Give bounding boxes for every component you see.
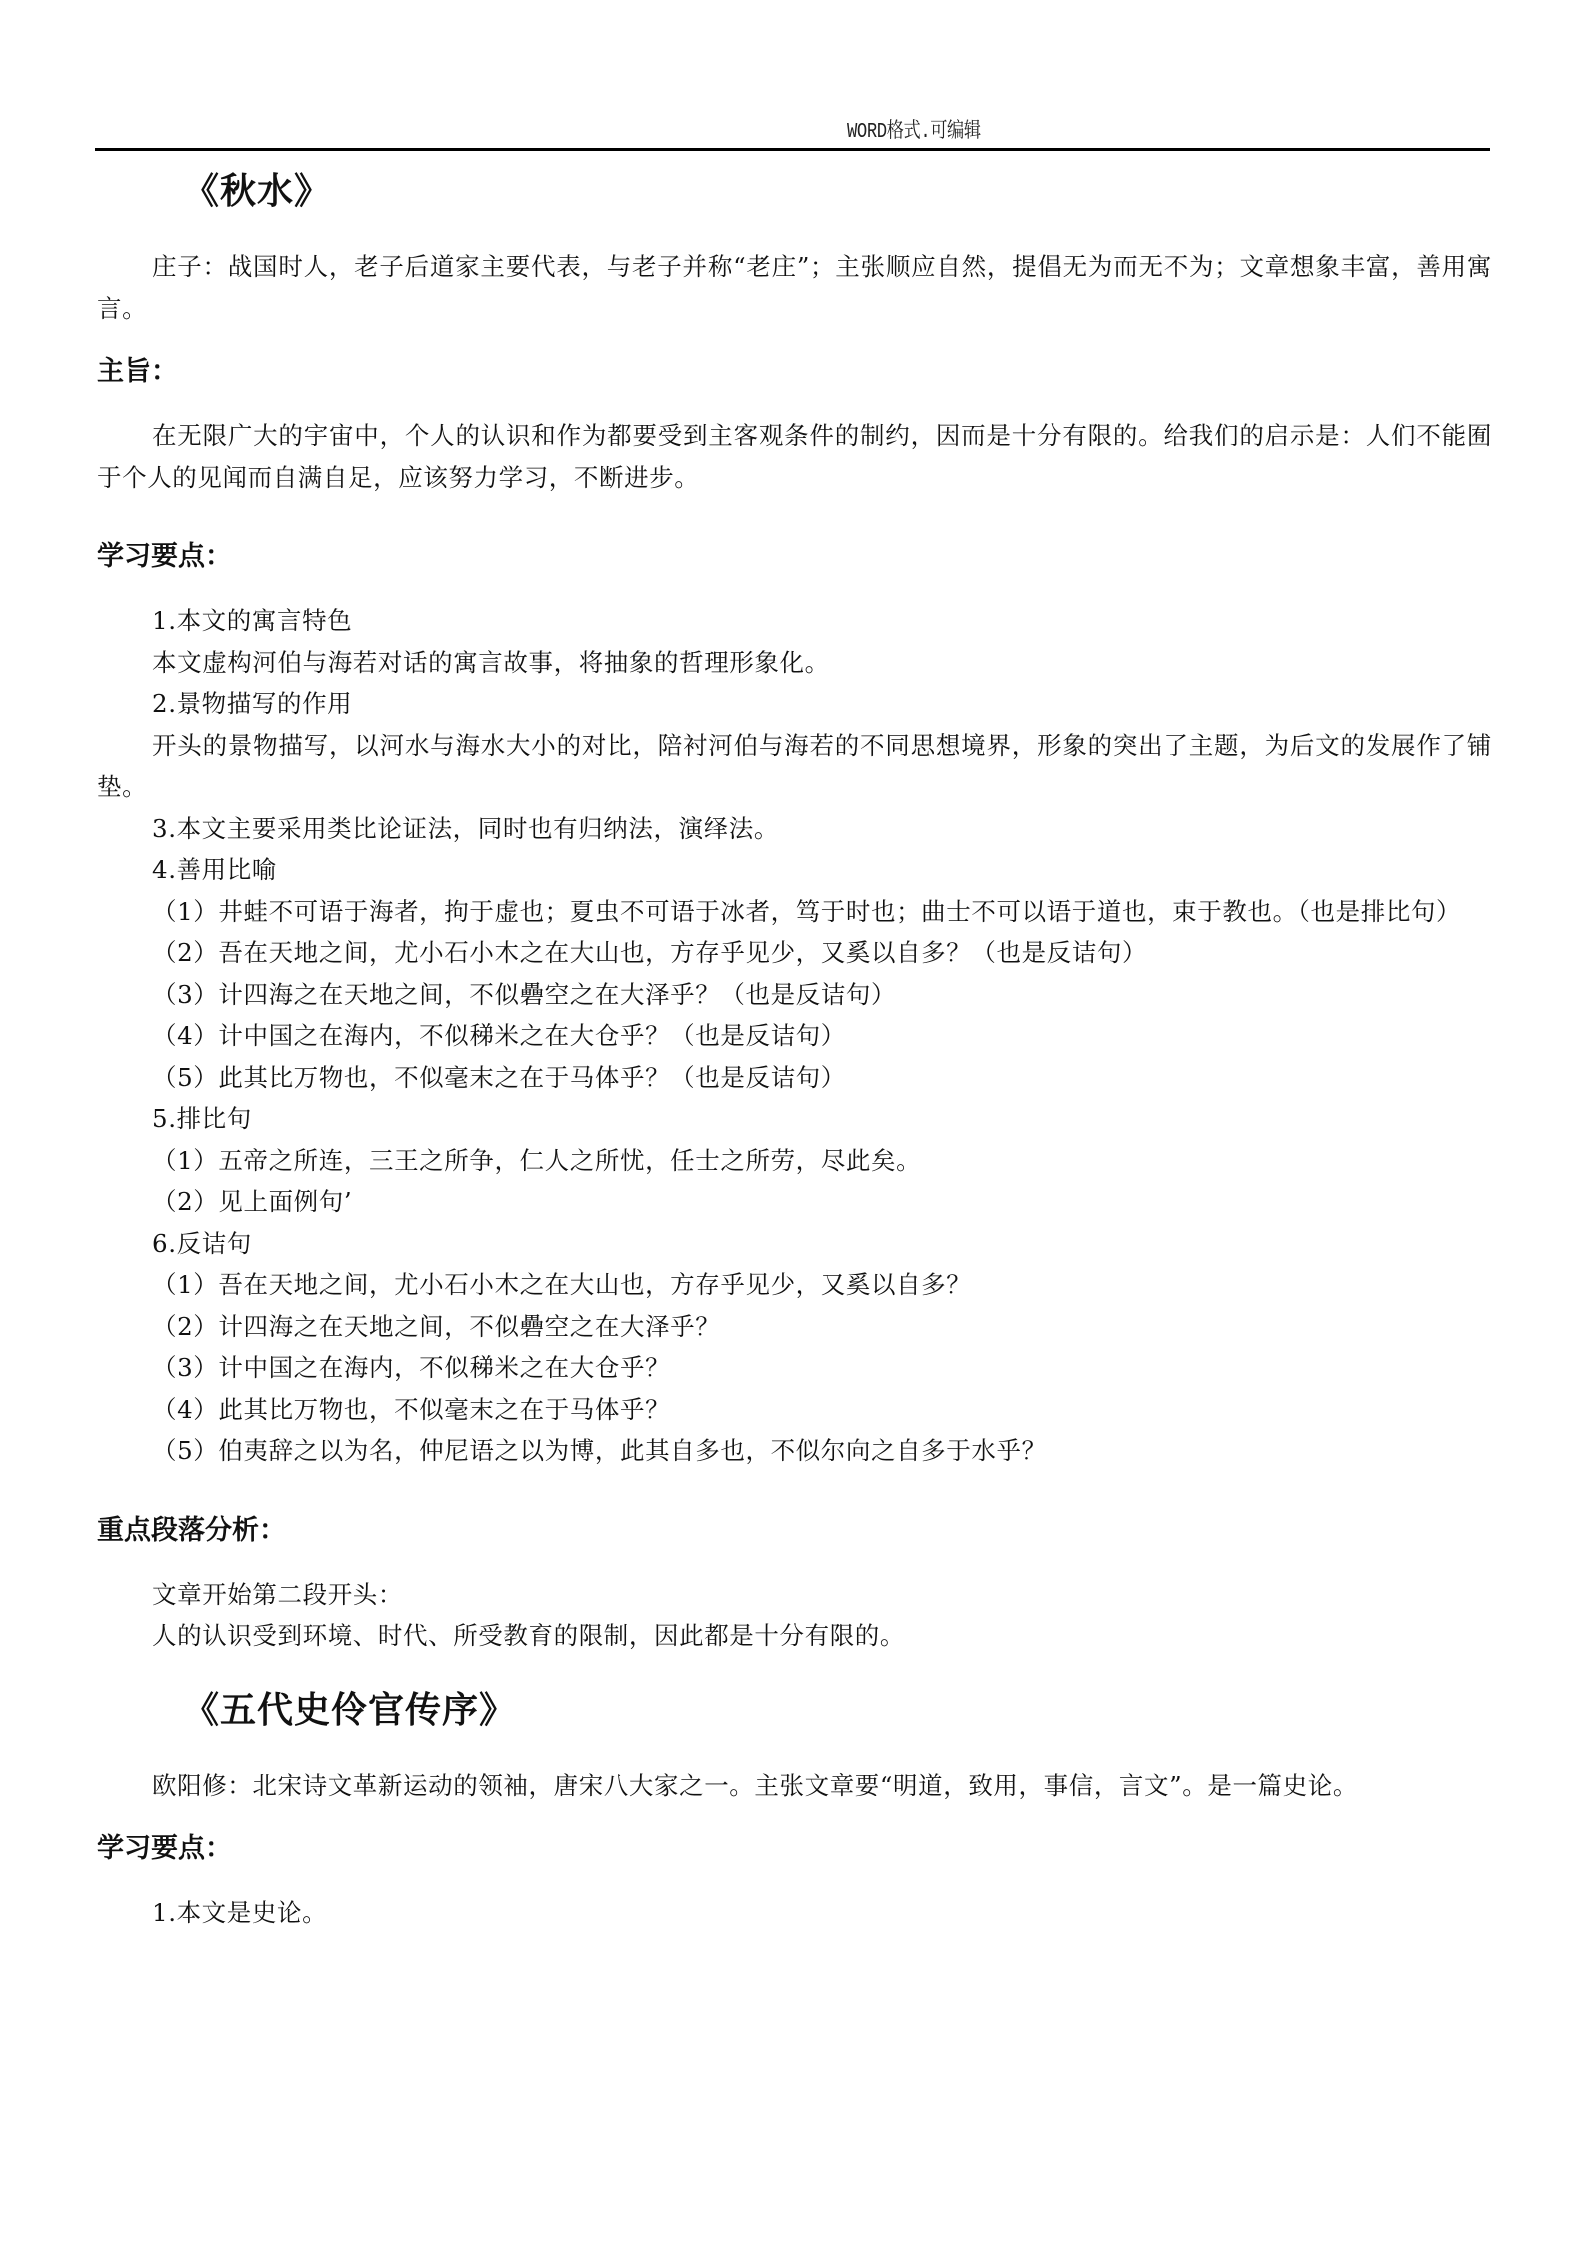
point-2-text: 开头的景物描写，以河水与海水大小的对比，陪衬河伯与海若的不同思想境界，形象的突出…: [97, 725, 1492, 808]
doc-title-wudaishi: 《五代史伶官传序》: [97, 1679, 1492, 1743]
heading-analysis: 重点段落分析：: [97, 1510, 1492, 1552]
point-6-item: （5）伯夷辞之以为名，仲尼语之以为博，此其自多也，不似尔向之自多于水乎？: [97, 1430, 1492, 1472]
point-6-item: （1）吾在天地之间，尤小石小木之在大山也，方存乎见少，又奚以自多？: [97, 1264, 1492, 1306]
point-6-item: （3）计中国之在海内，不似稊米之在大仓乎？: [97, 1347, 1492, 1389]
analysis-line: 人的认识受到环境、时代、所受教育的限制，因此都是十分有限的。: [97, 1615, 1492, 1657]
heading-key-points: 学习要点：: [97, 536, 1492, 578]
point-4-title: 4.善用比喻: [97, 849, 1492, 891]
key-points-list: 1.本文的寓言特色 本文虚构河伯与海若对话的寓言故事，将抽象的哲理形象化。 2.…: [97, 600, 1492, 1472]
heading-theme: 主旨：: [97, 351, 1492, 393]
point-4-item: （2）吾在天地之间，尤小石小木之在大山也，方存乎见少，又奚以自多？（也是反诘句）: [97, 932, 1492, 974]
point-4-item: （5）此其比万物也，不似毫末之在于马体乎？（也是反诘句）: [97, 1057, 1492, 1099]
author-intro-ouyangxiu: 欧阳修：北宋诗文革新运动的领袖，唐宋八大家之一。主张文章要“明道，致用，事信，言…: [97, 1765, 1492, 1807]
point-6-item: （4）此其比万物也，不似毫末之在于马体乎？: [97, 1389, 1492, 1431]
point-1-text: 本文虚构河伯与海若对话的寓言故事，将抽象的哲理形象化。: [97, 642, 1492, 684]
point-4-item: （1）井蛙不可语于海者，拘于虚也；夏虫不可语于冰者，笃于时也；曲士不可以语于道也…: [97, 891, 1492, 933]
author-intro-zhuangzi: 庄子：战国时人，老子后道家主要代表，与老子并称“老庄”；主张顺应自然，提倡无为而…: [97, 246, 1492, 329]
point-6-item: （2）计四海之在天地之间，不似礨空之在大泽乎？: [97, 1306, 1492, 1348]
point-3: 3.本文主要采用类比论证法，同时也有归纳法，演绎法。: [97, 808, 1492, 850]
page-header: WORD格式.可编辑: [95, 112, 1490, 151]
point-2-title: 2.景物描写的作用: [97, 683, 1492, 725]
document-body: 《秋水》 庄子：战国时人，老子后道家主要代表，与老子并称“老庄”；主张顺应自然，…: [97, 160, 1492, 1934]
point-5-title: 5.排比句: [97, 1098, 1492, 1140]
point-5-item: （2）见上面例句’: [97, 1181, 1492, 1223]
section-qiushui: 《秋水》 庄子：战国时人，老子后道家主要代表，与老子并称“老庄”；主张顺应自然，…: [97, 160, 1492, 1657]
point-1-title: 1.本文的寓言特色: [97, 600, 1492, 642]
analysis-line: 文章开始第二段开头：: [97, 1574, 1492, 1616]
point-5-item: （1）五帝之所连，三王之所争，仁人之所忧，任士之所劳，尽此矣。: [97, 1140, 1492, 1182]
point-1: 1.本文是史论。: [97, 1892, 1492, 1934]
section-wudaishi: 《五代史伶官传序》 欧阳修：北宋诗文革新运动的领袖，唐宋八大家之一。主张文章要“…: [97, 1679, 1492, 1934]
point-4-item: （3）计四海之在天地之间，不似礨空之在大泽乎？（也是反诘句）: [97, 974, 1492, 1016]
heading-key-points-2: 学习要点：: [97, 1828, 1492, 1870]
doc-title-qiushui: 《秋水》: [97, 160, 1492, 224]
point-4-item: （4）计中国之在海内，不似稊米之在大仓乎？（也是反诘句）: [97, 1015, 1492, 1057]
header-text: WORD格式.可编辑: [847, 114, 981, 144]
point-6-title: 6.反诘句: [97, 1223, 1492, 1265]
theme-text: 在无限广大的宇宙中，个人的认识和作为都要受到主客观条件的制约，因而是十分有限的。…: [97, 415, 1492, 498]
